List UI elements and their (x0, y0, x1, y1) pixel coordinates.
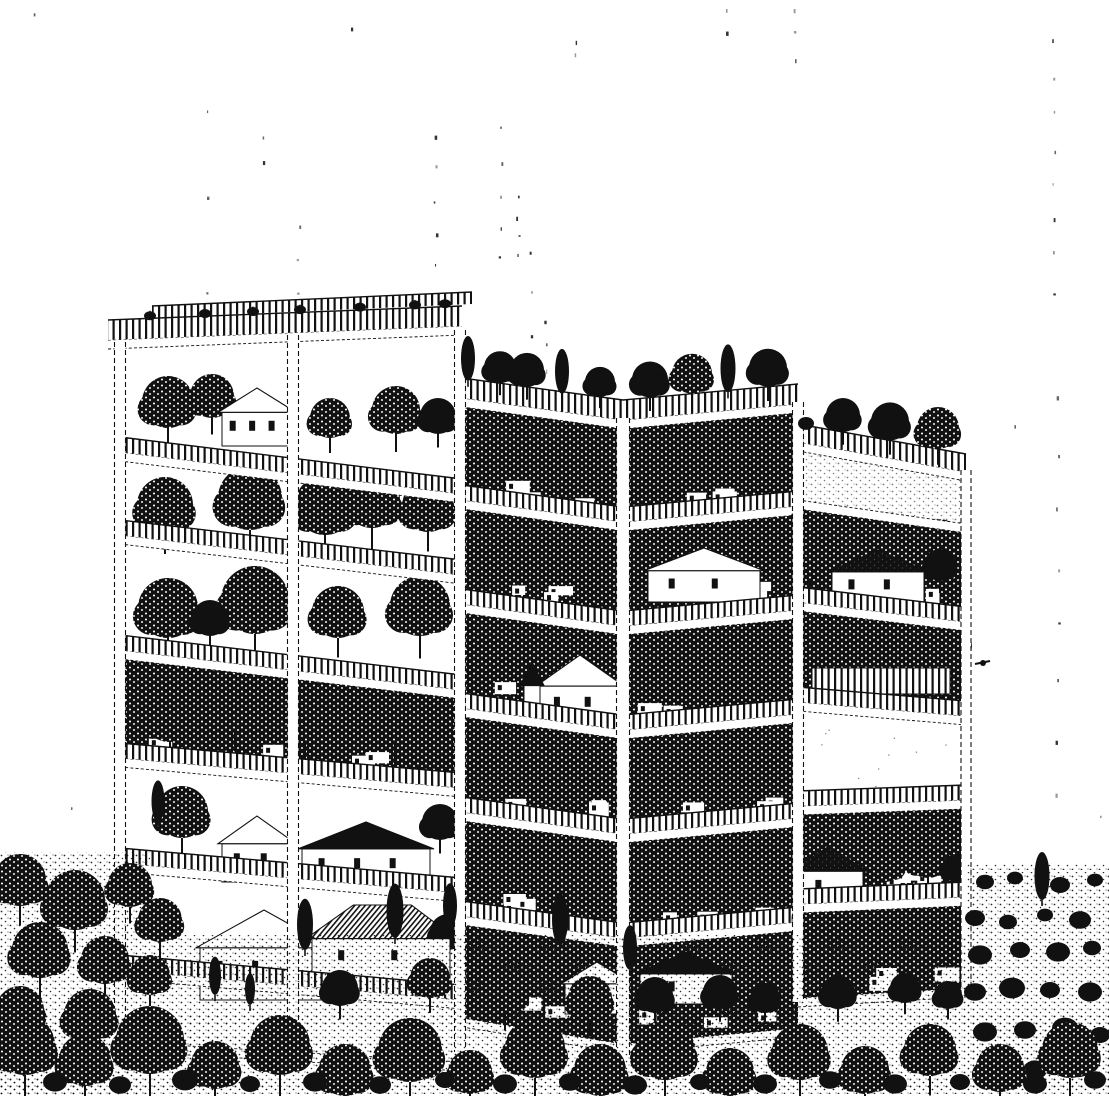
tree-canopy (634, 989, 656, 1011)
tree-canopy (669, 367, 694, 392)
tree-canopy (932, 990, 949, 1007)
tree-canopy (419, 816, 441, 838)
sky-dot (499, 256, 501, 258)
tree-canopy (532, 1039, 568, 1075)
sky-dot (726, 32, 729, 36)
sky-dot (1058, 569, 1060, 572)
sky-dot (576, 41, 577, 45)
sky-dot (1058, 622, 1060, 624)
house-glimpse-window (369, 755, 373, 760)
tree-canopy (525, 365, 545, 385)
sky-dot (544, 321, 546, 324)
cypress-tree (555, 349, 569, 394)
tree-canopy (252, 590, 293, 631)
sky-dot (435, 264, 436, 267)
tree-canopy (319, 982, 341, 1004)
tree-canopy (72, 891, 108, 927)
sky-dot (207, 197, 209, 200)
house-glimpse-window (266, 748, 270, 753)
sky-dot (1053, 78, 1055, 81)
sky-dot (501, 162, 503, 166)
tree-canopy (189, 612, 211, 634)
house-glimpse-window (686, 805, 690, 810)
tree-canopy (247, 488, 285, 526)
sky-dot (531, 291, 533, 293)
house-glimpse-window (520, 902, 524, 907)
tree-canopy (208, 613, 230, 635)
tree-canopy (766, 362, 789, 385)
sky-dot (435, 136, 438, 140)
sky-dot (1100, 816, 1101, 818)
sky-dot (297, 293, 300, 295)
sky-dot (500, 127, 501, 129)
tree-canopy (630, 1040, 667, 1077)
tree-canopy (837, 1062, 867, 1092)
tree-canopy (147, 1030, 188, 1071)
tree-canopy (836, 987, 856, 1007)
house-glimpse-window (929, 592, 933, 597)
tree-canopy (398, 497, 430, 529)
tree-canopy (7, 940, 42, 975)
bush (1083, 941, 1101, 955)
foliage-silhouette (541, 624, 571, 654)
bush (968, 945, 992, 964)
house-window (249, 421, 255, 431)
sky-dot (516, 217, 518, 221)
tree-canopy (339, 490, 374, 525)
tree-canopy (913, 421, 939, 447)
sky-dot (297, 259, 299, 261)
tree-canopy (407, 1040, 445, 1078)
tree-canopy (998, 1061, 1027, 1090)
tree-canopy (718, 987, 738, 1007)
bush (1014, 1021, 1036, 1039)
bush (999, 915, 1017, 929)
house-roof (218, 816, 296, 844)
tree-canopy (764, 994, 782, 1012)
tree-canopy (747, 993, 766, 1012)
ground-speckle (0, 1082, 1109, 1094)
foliage-silhouette (714, 522, 745, 553)
tree-canopy (597, 1062, 628, 1093)
house-window (390, 858, 396, 868)
vacant-speck (916, 752, 917, 753)
bush (1040, 982, 1060, 998)
tree-canopy (1037, 1040, 1072, 1075)
tree-canopy (277, 1036, 313, 1072)
foliage-silhouette (515, 833, 543, 861)
sky-dot (206, 292, 208, 294)
cypress-tree (209, 957, 221, 995)
tree-canopy (599, 377, 617, 395)
tree-canopy (417, 597, 453, 633)
tree-canopy (60, 1006, 92, 1038)
tree-canopy (888, 416, 911, 439)
tree-canopy (861, 855, 886, 880)
vacant-speck (945, 744, 946, 745)
tree-canopy (77, 952, 107, 982)
house-body (648, 571, 760, 602)
tree-canopy (882, 856, 906, 880)
tree-canopy (328, 412, 352, 436)
sky-dot (1053, 251, 1054, 254)
tree-canopy (342, 1062, 373, 1093)
tree-canopy (938, 560, 957, 579)
tree-canopy (369, 492, 403, 526)
bush (1010, 942, 1030, 958)
sky-dot (299, 226, 301, 229)
bush (172, 1070, 198, 1091)
sky-dot (1056, 507, 1058, 511)
tree-canopy (135, 702, 172, 739)
bush (109, 1076, 131, 1094)
tree-canopy (358, 699, 398, 739)
house-glimpse-window (515, 589, 519, 594)
tree-canopy (308, 603, 340, 635)
house-glimpse-window (355, 759, 359, 764)
sky-dot (1014, 425, 1016, 428)
foliage-silhouette (637, 841, 665, 869)
tree-canopy (213, 1058, 242, 1087)
tree-canopy (503, 985, 529, 1011)
tree-canopy (22, 1036, 58, 1072)
sky-dot (546, 370, 547, 374)
tree-canopy (902, 849, 929, 876)
tree-canopy (232, 698, 263, 729)
vacant-speck (829, 730, 830, 731)
tree-canopy (823, 409, 844, 430)
tree-canopy (648, 374, 670, 396)
sky-dot (500, 196, 502, 199)
sky-dot (530, 252, 532, 255)
bush (1023, 1074, 1047, 1093)
house-window (712, 579, 718, 589)
tree-canopy (481, 362, 501, 382)
house-roof (306, 905, 456, 939)
house-window (848, 579, 854, 589)
bush (43, 1072, 67, 1091)
cypress-tree (623, 925, 637, 970)
tree-canopy (425, 498, 456, 529)
sky-dot (1057, 396, 1059, 400)
tree-canopy (479, 985, 506, 1012)
tree-canopy (1067, 1042, 1101, 1076)
house-glimpse-window (547, 595, 551, 600)
right-wing (787, 424, 972, 1007)
house-glimpse-window (509, 484, 513, 489)
sky-dot (1052, 39, 1054, 43)
sky-dot (531, 335, 533, 338)
sky-dot (1053, 183, 1054, 186)
tree-canopy (767, 1042, 802, 1077)
cypress-tree (245, 973, 255, 1005)
tree-canopy (179, 804, 210, 835)
tree-canopy (564, 991, 591, 1018)
tree-canopy (728, 1065, 757, 1094)
foliage-silhouette (476, 721, 506, 751)
tree-canopy (936, 422, 961, 447)
sky-dot (1056, 741, 1058, 745)
tree-canopy (392, 700, 430, 738)
bush (1069, 911, 1091, 929)
sky-dot (207, 110, 208, 113)
vacant-speck (821, 744, 822, 745)
house-roof (298, 822, 434, 849)
tree-canopy (808, 554, 832, 578)
tree-canopy (138, 393, 170, 425)
tree-canopy (338, 983, 360, 1005)
tree-canopy (904, 984, 922, 1002)
tree-canopy (417, 410, 439, 432)
bush (798, 417, 814, 430)
cypress-tree (152, 780, 165, 822)
tree-canopy (148, 969, 172, 993)
tree-canopy (335, 604, 366, 635)
bush (976, 875, 994, 889)
tree-canopy (653, 990, 675, 1012)
sky-dot (501, 227, 502, 230)
sky-dot (351, 28, 353, 32)
tree-canopy (940, 863, 957, 880)
sky-dot (795, 59, 797, 63)
sky-dot (575, 53, 576, 57)
tree-canopy (245, 1035, 282, 1072)
tree-canopy (213, 487, 253, 527)
tree-canopy (507, 364, 528, 385)
tree-canopy (127, 968, 152, 993)
sky-dot (434, 201, 436, 203)
bush (999, 978, 1025, 999)
bottom-margin (0, 1096, 1109, 1109)
tree-canopy (900, 1041, 932, 1073)
bush (1007, 872, 1023, 885)
house-window (230, 421, 236, 431)
vacant-speck (878, 768, 879, 769)
tree-canopy (746, 361, 770, 385)
sky-dot (263, 161, 265, 165)
vacant-speck (875, 786, 876, 787)
house-window (354, 858, 360, 868)
bush (690, 1074, 710, 1090)
sky-dot (794, 9, 796, 13)
house-window (669, 579, 675, 589)
vacant-speck (888, 754, 889, 755)
house-glimpse-window (498, 685, 502, 690)
vacant-speck (894, 738, 895, 739)
tree-canopy (927, 1042, 958, 1073)
tree-canopy (82, 1052, 113, 1083)
tree-canopy (868, 415, 892, 439)
foliage-silhouette (759, 827, 794, 862)
bush (303, 1072, 327, 1091)
tree-canopy (428, 972, 452, 996)
tree-canopy (368, 402, 398, 432)
sky-dot (518, 235, 520, 237)
tree-canopy (841, 410, 861, 430)
weathervane-mark (975, 660, 990, 666)
tree-canopy (947, 991, 964, 1008)
tree-canopy (582, 377, 601, 396)
sky-dot (263, 137, 265, 140)
sky-dot (546, 343, 548, 346)
tree-canopy (307, 411, 332, 436)
tree-canopy (407, 971, 432, 996)
house-window (884, 579, 890, 589)
bush (1078, 982, 1102, 1001)
tree-canopy (40, 890, 77, 927)
sky-dot (1056, 794, 1058, 798)
cypress-tree (552, 894, 568, 945)
vacant-speck (858, 778, 859, 779)
sky-dot (1054, 111, 1055, 114)
house-window (585, 697, 591, 707)
cypress-tree (443, 883, 457, 928)
tree-canopy (167, 703, 203, 739)
cypress-tree (721, 344, 736, 392)
sky-dot (794, 31, 796, 33)
cypress-tree (1035, 852, 1050, 900)
tree-canopy (128, 878, 154, 904)
house-window (269, 421, 275, 431)
tree-canopy (302, 708, 336, 742)
bush (973, 1022, 997, 1041)
bush (753, 1074, 777, 1093)
sky-dot (517, 254, 519, 257)
tree-canopy (205, 697, 237, 729)
bush (435, 1072, 455, 1088)
tree-canopy (818, 986, 839, 1007)
cypress-tree (297, 899, 313, 950)
tree-canopy (110, 1028, 152, 1070)
tree-canopy (887, 983, 906, 1002)
bush (559, 1073, 581, 1091)
cypress-tree (461, 336, 475, 381)
sky-dot (435, 165, 437, 168)
bush (965, 910, 985, 926)
tree-canopy (104, 878, 131, 905)
bush (819, 1071, 841, 1089)
bush (1037, 909, 1053, 922)
sky-dot (726, 9, 728, 13)
tree-canopy (186, 389, 213, 416)
tree-canopy (373, 1039, 413, 1079)
tree-canopy (385, 596, 422, 633)
tree-canopy (972, 1060, 1002, 1090)
bush (493, 1074, 517, 1093)
tree-canopy (425, 711, 450, 736)
tree-canopy (37, 942, 71, 976)
tree-canopy (133, 598, 170, 635)
bush (1087, 874, 1103, 887)
bush (240, 1076, 260, 1092)
sky-dot (1053, 293, 1056, 295)
tree-canopy (629, 373, 651, 395)
bush (950, 1074, 970, 1090)
column-shaft (793, 402, 804, 1002)
sky-dot (71, 807, 72, 810)
sky-dot (518, 196, 520, 199)
house-glimpse-window (152, 740, 156, 745)
bush (1050, 877, 1070, 893)
building-illustration (0, 0, 1109, 1109)
tree-canopy (662, 1041, 698, 1077)
bush (623, 1075, 647, 1094)
bush (964, 983, 986, 1001)
sky-dot (1054, 218, 1056, 222)
sky-dot (1057, 679, 1058, 682)
cypress-tree (387, 884, 404, 938)
bush (883, 1074, 907, 1093)
tree-canopy (500, 1038, 537, 1075)
bush (1046, 942, 1070, 961)
sky-dot (1058, 455, 1060, 458)
dithered-architectural-collage (0, 0, 1109, 1109)
tree-canopy (588, 991, 614, 1017)
sky-dot (436, 233, 439, 237)
vacant-speck (825, 733, 826, 734)
tree-canopy (468, 1065, 494, 1091)
bush (369, 1076, 391, 1094)
house-glimpse-window (506, 897, 510, 902)
house-glimpse-window (641, 706, 645, 711)
tree-canopy (690, 368, 714, 392)
bush (1084, 1071, 1106, 1089)
foliage-silhouette (512, 516, 542, 546)
tree-canopy (87, 1007, 118, 1038)
tree-canopy (700, 986, 721, 1007)
sky-dot (1054, 151, 1056, 154)
house-glimpse-window (592, 805, 596, 810)
sky-dot (34, 13, 36, 16)
